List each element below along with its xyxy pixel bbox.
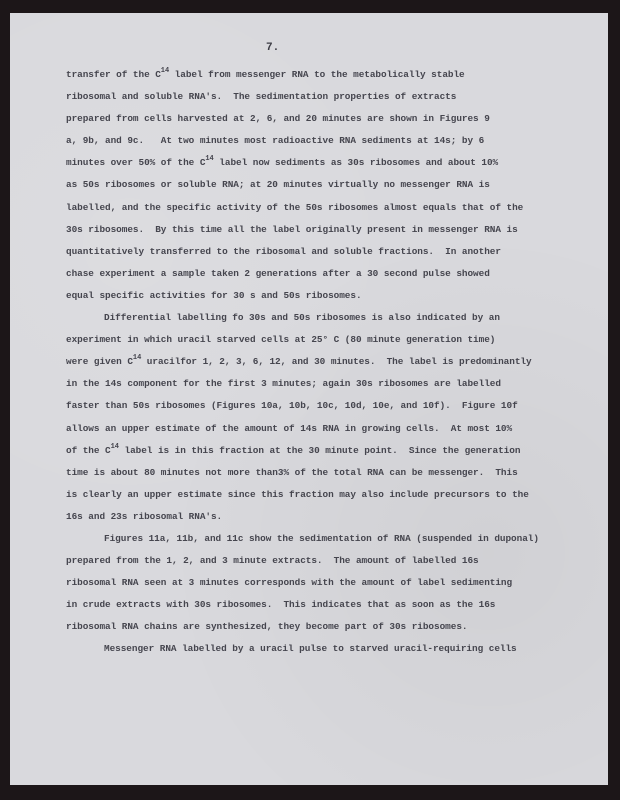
text-line-content: prepared from cells harvested at 2, 6, a…	[66, 113, 490, 124]
text-line: in the 14s component for the first 3 min…	[66, 373, 606, 395]
text-line: minutes over 50% of the C14 label now se…	[66, 152, 606, 174]
text-line: prepared from the 1, 2, and 3 minute ext…	[66, 550, 606, 572]
document-page: 7. transfer of the C14 label from messen…	[10, 13, 608, 785]
text-line-content: prepared from the 1, 2, and 3 minute ext…	[66, 555, 479, 566]
text-line-content: in crude extracts with 30s ribosomes. Th…	[66, 599, 495, 610]
text-line-content: ribosomal RNA seen at 3 minutes correspo…	[66, 577, 512, 588]
text-line-content: labelled, and the specific activity of t…	[66, 202, 523, 213]
text-line-content: is clearly an upper estimate since this …	[66, 489, 529, 500]
text-line: 30s ribosomes. By this time all the labe…	[66, 219, 606, 241]
superscript-isotope: 14	[161, 67, 169, 75]
text-line: labelled, and the specific activity of t…	[66, 197, 606, 219]
text-line-content: chase experiment a sample taken 2 genera…	[66, 268, 490, 279]
text-line-content: as 50s ribosomes or soluble RNA; at 20 m…	[66, 179, 490, 190]
text-line-content: ribosomal RNA chains are synthesized, th…	[66, 621, 467, 632]
superscript-isotope: 14	[133, 354, 141, 362]
text-line: experiment in which uracil starved cells…	[66, 329, 606, 351]
text-line: equal specific activities for 30 s and 5…	[66, 285, 606, 307]
text-line-content: 16s and 23s ribosomal RNA's.	[66, 511, 222, 522]
text-line: as 50s ribosomes or soluble RNA; at 20 m…	[66, 174, 606, 196]
text-line-content: time is about 80 minutes not more than3%…	[66, 467, 518, 478]
text-line-content: label from messenger RNA to the metaboli…	[169, 69, 465, 80]
text-line-content: quantitatively transferred to the riboso…	[66, 246, 501, 257]
text-line-content: equal specific activities for 30 s and 5…	[66, 290, 362, 301]
text-line-content: ribosomal and soluble RNA's. The sedimen…	[66, 91, 456, 102]
body-text: transfer of the C14 label from messenger…	[66, 64, 606, 661]
text-line-content: 30s ribosomes. By this time all the labe…	[66, 224, 518, 235]
text-line-content: were given C	[66, 356, 133, 367]
text-line: Figures 11a, 11b, and 11c show the sedim…	[66, 528, 606, 550]
text-line: allows an upper estimate of the amount o…	[66, 418, 606, 440]
page-number: 7.	[266, 42, 279, 54]
text-line-content: label now sediments as 30s ribosomes and…	[214, 157, 498, 168]
text-line-content: experiment in which uracil starved cells…	[66, 334, 495, 345]
text-line: in crude extracts with 30s ribosomes. Th…	[66, 594, 606, 616]
text-line: ribosomal and soluble RNA's. The sedimen…	[66, 86, 606, 108]
text-line: a, 9b, and 9c. At two minutes most radio…	[66, 130, 606, 152]
text-line: Messenger RNA labelled by a uracil pulse…	[66, 638, 606, 660]
text-line: of the C14 label is in this fraction at …	[66, 440, 606, 462]
text-line: ribosomal RNA seen at 3 minutes correspo…	[66, 572, 606, 594]
text-line-content: faster than 50s ribosomes (Figures 10a, …	[66, 400, 518, 411]
text-line: Differential labelling fo 30s and 50s ri…	[66, 307, 606, 329]
text-line: faster than 50s ribosomes (Figures 10a, …	[66, 395, 606, 417]
text-line: is clearly an upper estimate since this …	[66, 484, 606, 506]
text-line-content: minutes over 50% of the C	[66, 157, 205, 168]
superscript-isotope: 14	[205, 155, 213, 163]
text-line: prepared from cells harvested at 2, 6, a…	[66, 108, 606, 130]
text-line-content: a, 9b, and 9c. At two minutes most radio…	[66, 135, 484, 146]
text-line-content: Messenger RNA labelled by a uracil pulse…	[104, 643, 517, 654]
text-line: quantitatively transferred to the riboso…	[66, 241, 606, 263]
text-line: chase experiment a sample taken 2 genera…	[66, 263, 606, 285]
text-line-content: Differential labelling fo 30s and 50s ri…	[104, 312, 500, 323]
text-line: ribosomal RNA chains are synthesized, th…	[66, 616, 606, 638]
text-line-content: of the C	[66, 445, 111, 456]
text-line-content: Figures 11a, 11b, and 11c show the sedim…	[104, 533, 539, 544]
text-line-content: in the 14s component for the first 3 min…	[66, 378, 501, 389]
text-line-content: uracilfor 1, 2, 3, 6, 12, and 30 minutes…	[141, 356, 531, 367]
text-line: were given C14 uracilfor 1, 2, 3, 6, 12,…	[66, 351, 606, 373]
text-line: 16s and 23s ribosomal RNA's.	[66, 506, 606, 528]
text-line-content: transfer of the C	[66, 69, 161, 80]
text-line: transfer of the C14 label from messenger…	[66, 64, 606, 86]
text-line-content: label is in this fraction at the 30 minu…	[119, 445, 520, 456]
text-line-content: allows an upper estimate of the amount o…	[66, 423, 512, 434]
text-line: time is about 80 minutes not more than3%…	[66, 462, 606, 484]
superscript-isotope: 14	[111, 443, 119, 451]
